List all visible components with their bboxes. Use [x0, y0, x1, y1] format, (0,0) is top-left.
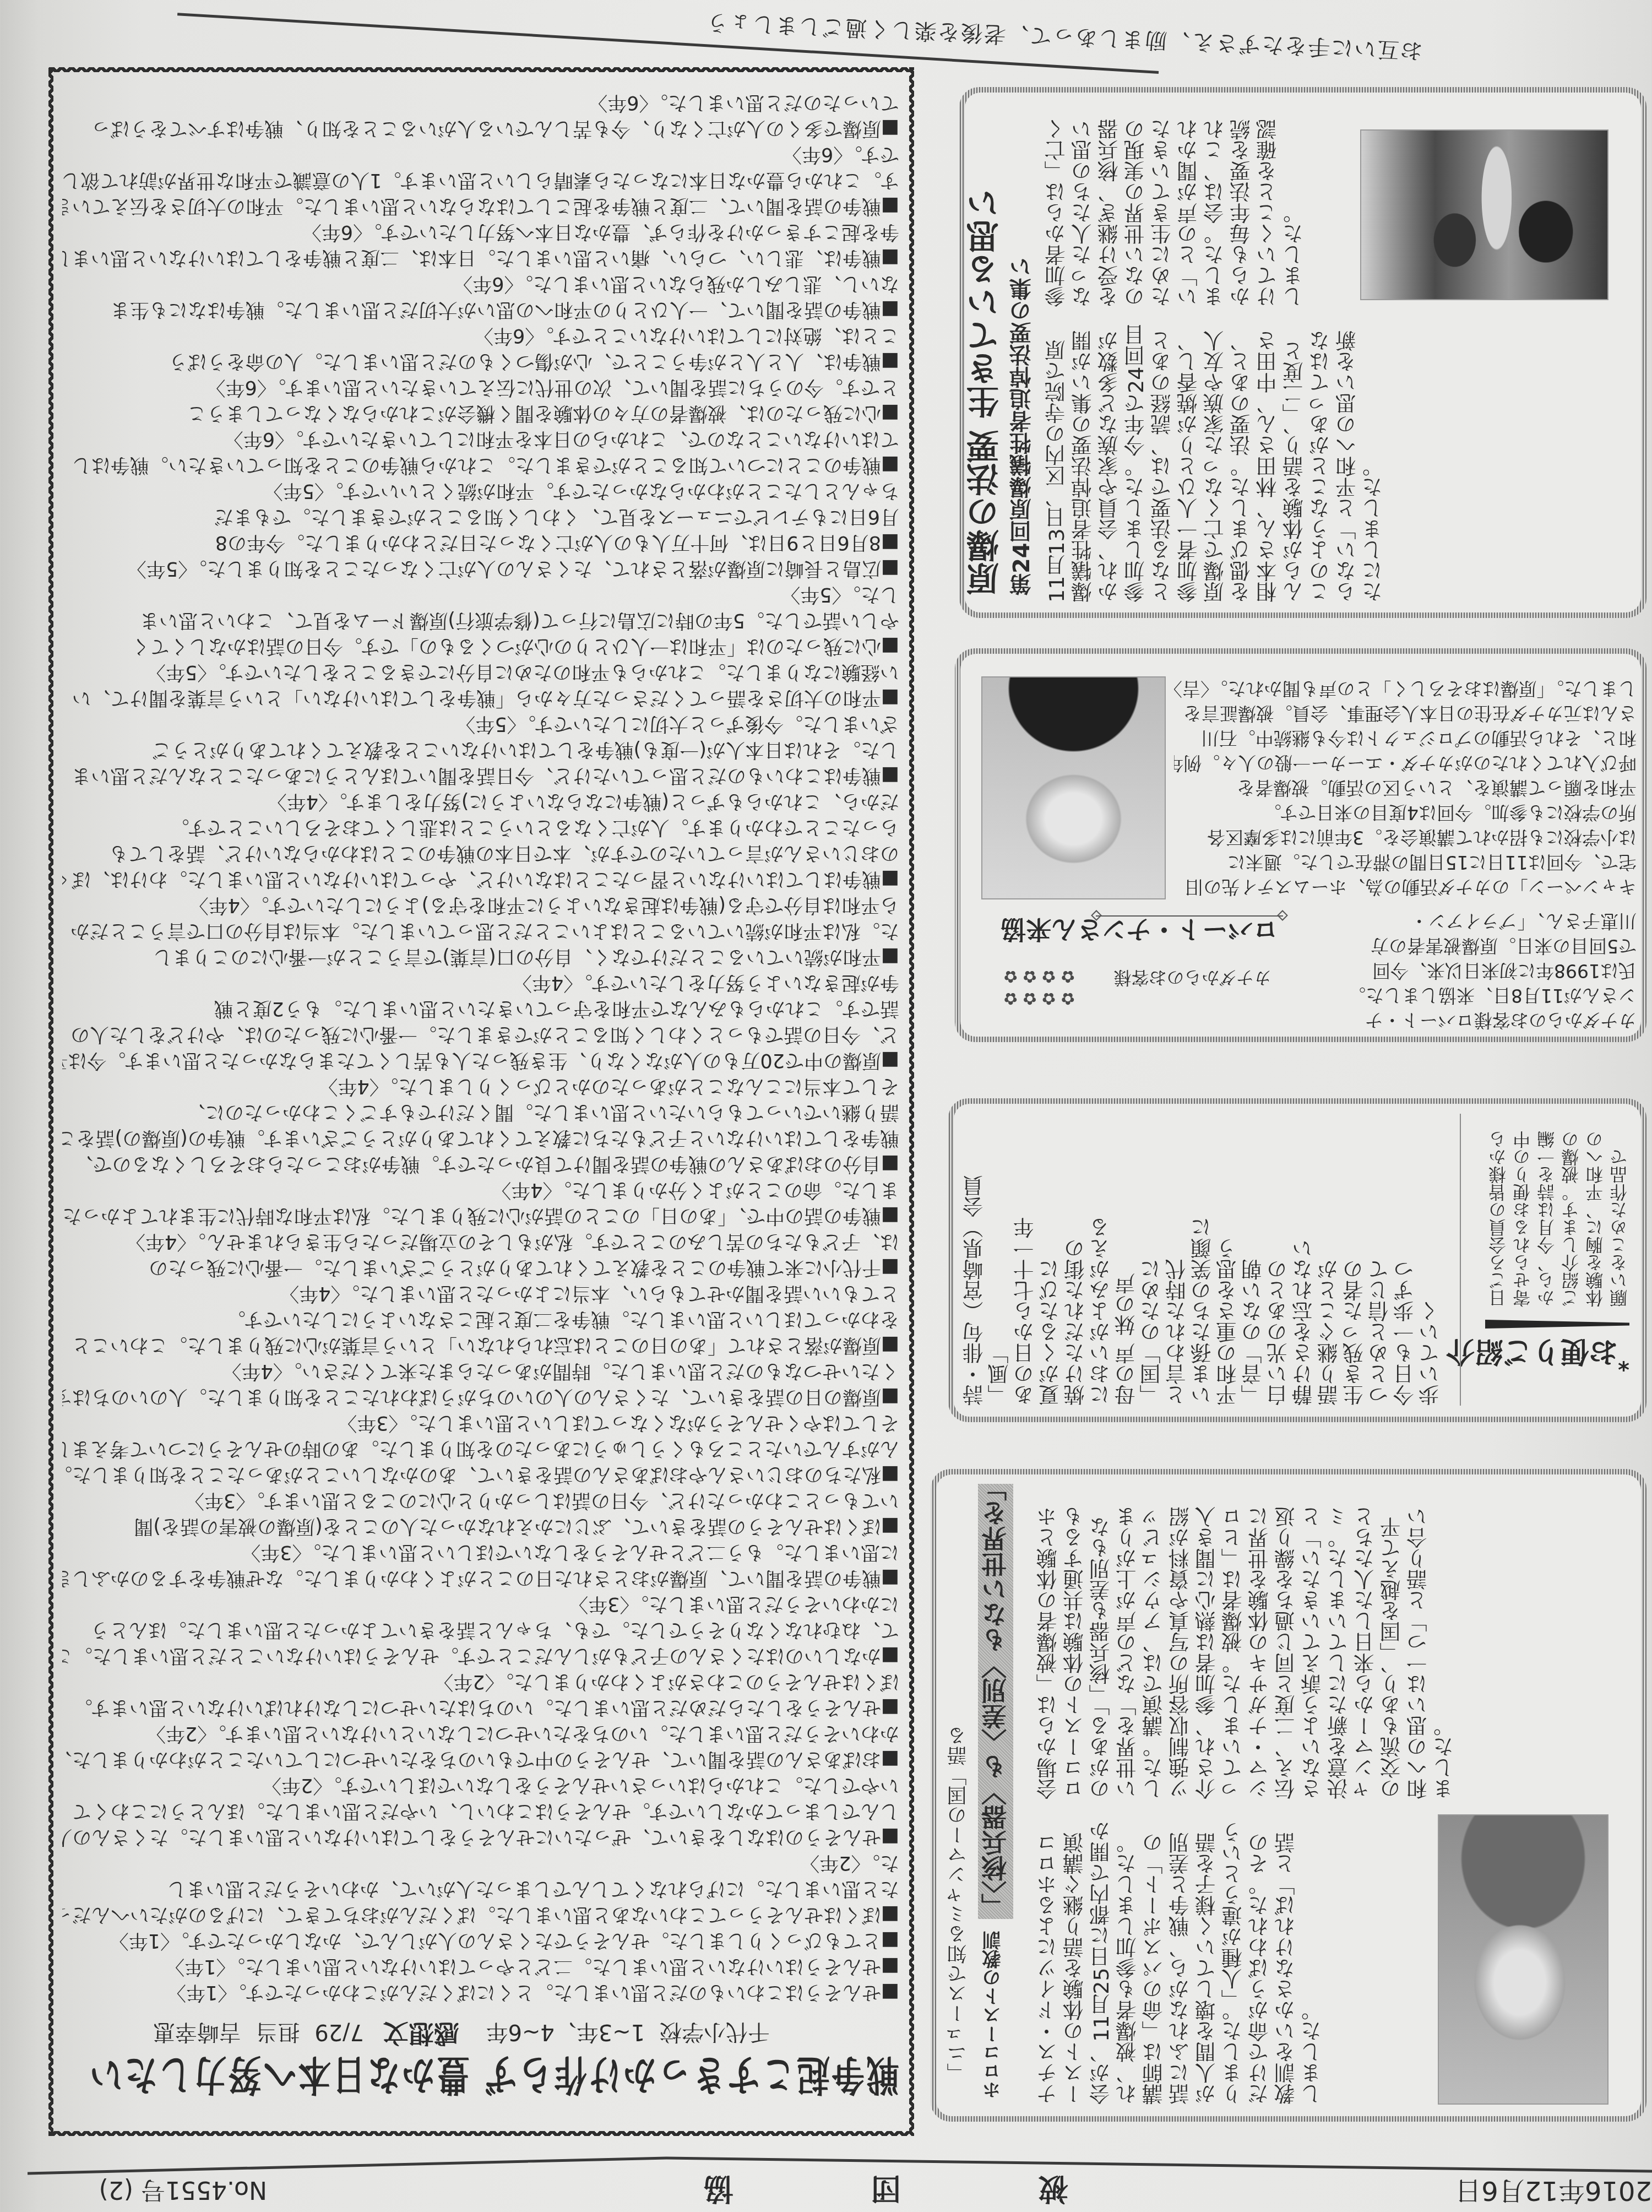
- essay-body: ■せんそうはこわいものだと思いました。とくにばくだんがこわかったです。〈1年〉■…: [62, 77, 899, 2005]
- essay-line: 話です。これからもみんなで平和を守っていきたいと思いました。もう2度と戦: [62, 995, 899, 1021]
- poem-line: 焼けただれた街の: [1063, 1110, 1089, 1406]
- newspaper-page: 2016年12月6日 被団協 No.4551号 (2) 戦争起こすきっかけ作らず…: [0, 0, 1652, 2203]
- essay-line: ■心に残ったのは、被爆者の方々の体験を聞く機会がこれからなくなってしまうこ: [62, 400, 899, 426]
- body-line: さんは元カナダ在住の日本人会理事、会員。被爆証言を: [1174, 701, 1637, 726]
- essay-line: ■おばあさんの話を聞いて、せんそうの中でもいのちをたいせつにしていたことがわかり…: [62, 1746, 899, 1772]
- essay-line: ■とてもびっくりしました。せんそうでたくさんの人がしんで、かなしかったです。〈1…: [62, 1927, 899, 1953]
- body-line: カナダからのお客様ロバート・ナ: [1284, 1008, 1637, 1033]
- article-title-small: 「ニュースで知るミャンマーの国」語る: [946, 1499, 971, 2083]
- flower-ornament-icon: ✿ ✿ ✿ ✿ ✿ ✿ ✿ ✿: [987, 965, 1075, 1009]
- essay-line: ■広島と長崎に原爆が落とされて、たくさんの人が亡くなったことを知りました。〈5年…: [62, 555, 899, 581]
- essay-line: です。〈6年〉: [62, 141, 899, 167]
- essay-line: ■かなしいのはたくさんの子どもがしんだことです。せんそうはいけないことだと思いま…: [62, 1642, 899, 1668]
- essay-line: かわいそうだと思いました。いのちをたいせつにしないといけないと思います。〈2年〉: [62, 1720, 899, 1746]
- essay-line: んがすんでいたところもくうしゅうにあったのを知りました。あの時のせんそうについて…: [62, 1435, 899, 1461]
- reporter-name: 吉崎幸恵: [153, 2019, 241, 2045]
- essay-line: とです。今のうちに話を聞いて、次の世代に伝えていきたいと思います。〈6年〉: [62, 374, 899, 400]
- essay-line: 争が起きないよう努力をしたいです。〈4年〉: [62, 969, 899, 995]
- poem-line: 詩・俳句（宮崎県）会員: [962, 1110, 987, 1406]
- essay-article: 戦争起こすきっかけ作らず 豊かな日本へ努力したい 千代小学校 1~3年、4~6年…: [48, 67, 914, 2136]
- body-line: 平和を願って講演を、という区の活動。被爆者を: [1174, 776, 1637, 800]
- essay-line: ■せんそうをしたらだめだと思いました。いのちはたいせつにしなければいけないと思い…: [62, 1694, 899, 1720]
- asterisk-icon: *: [1618, 1349, 1629, 1375]
- poem-line: 「風」: [987, 1110, 1013, 1406]
- essay-line: ■原爆で多くの人が亡くなり、今も苦しんでいる人がいることを知り、戦争はすべてをう…: [62, 115, 899, 141]
- essay-line: ■原爆が落とされて「あの日のことは忘れられない」という言葉が心に残りました。こわ…: [62, 1332, 899, 1358]
- section-title: *お便りご紹介: [1470, 1333, 1629, 1375]
- essay-line: ざいました。今後ずっと大切にしたいです。〈5年〉: [62, 711, 899, 736]
- speaker-photo: [1438, 1814, 1608, 2105]
- essay-line: ■せんそうのはなしをきいて、ぜったいにせんそうをしてはいけないと思いました。たく…: [62, 1824, 899, 1850]
- article-headline: ロバート・ナンさん来協: [1001, 913, 1278, 950]
- poem-line: あの日から七十一年: [1013, 1110, 1038, 1406]
- poem-body: 詩・俳句（宮崎県）会員「風」あの日から七十一年夏がくるたびに焼けただれた街のにお…: [962, 1110, 1447, 1406]
- body-line: 氏は1998年に初来日以来、今回: [1284, 958, 1637, 983]
- article-headline: 「〈核兵器〉も〈差別〉もない世界を」: [978, 1484, 1013, 1919]
- essay-line: ■戦争の話を聞いて、原爆がおとされた日のことがよくわかりました。なぜ戦争をするの…: [62, 1565, 899, 1591]
- essay-line: ど、今日の話でもっとくわしく知ることができました。一番心に残ったのは、やけどをし…: [62, 1021, 899, 1047]
- body-line: 呼び入れてくれたのがカナダ・エーカー一般の人々。例年、平: [1174, 751, 1637, 776]
- essay-line: のおじいさんが言っていたのですが、本で日本の戦争のことはわからないけど、話をして…: [62, 840, 899, 866]
- wavy-border-left: [909, 67, 914, 2136]
- poem-line: 夏がくるたびに: [1038, 1110, 1063, 1406]
- essay-line: ら平和は自分で守る(戦争は起きないように平和を守る)ようにしたいです。〈4年〉: [62, 892, 899, 918]
- school-name: 千代小学校: [660, 2019, 770, 2045]
- body-line: は小学校にも招かれて講演会を。3年前には多摩区各: [1174, 825, 1637, 850]
- body-line: 宅で、今回は11日に15日間の滞在でした。週末に: [1174, 850, 1637, 875]
- essay-line: た。〈2年〉: [62, 1850, 899, 1875]
- body-line: ンさんが11月8日、来協しました。: [1284, 983, 1637, 1008]
- essay-line: くたいせつなものだと思いました。時間があったらまた来てください。〈4年〉: [62, 1358, 899, 1384]
- visitor-body-lower: キャンペーン」のカナダ活動の為、ホームステイ先の旧宅で、今回は11日に15日間の…: [1174, 674, 1637, 899]
- essay-line: ■私たちのおじいさんやおばあさんの話をきいて、あのかなしいことがあったことを知り…: [62, 1461, 899, 1487]
- letters-intro: 日ごろ会員の皆様から寄せられるお便りの中から、今月は詩を一編ご紹介します。被爆の…: [1486, 1118, 1632, 1307]
- essay-line: ちゃんとしたことがわからなかったです。平和が続くといいです。〈5年〉: [62, 478, 899, 503]
- essay-line: 争を起こすきっかけを作らず、豊かな日本へ努力したいです。〈6年〉: [62, 219, 899, 245]
- visitor-body-upper: カナダからのお客様ロバート・ナンさんが11月8日、来協しました。氏は1998年に…: [1284, 906, 1637, 1033]
- essay-line: にかわいそうだと思いました。〈3年〉: [62, 1591, 899, 1617]
- reporter-role: 担当: [256, 2019, 300, 2045]
- essay-byline: 千代小学校 1~3年、4~6年 感想文 7/29 担当 吉崎幸恵: [59, 2017, 770, 2053]
- essay-line: て、ねむれなくなりそうでした。でも、ちゃんと話をきいてよかったと思いました。ほん…: [62, 1617, 899, 1642]
- essay-line: ぼくはせんそうのこわさがよくわかりました。〈2年〉: [62, 1668, 899, 1694]
- poem-line: つとめと信じて: [1367, 1110, 1393, 1406]
- essay-line: ■平和が続いていることだけでなく、自分の口(言葉)で言うことが一番心にのこりまし: [62, 944, 899, 969]
- memorial-service-article: 原爆の法要 生きている思い 第24回原爆犠牲者追悼法要の集い 11月13日、区内…: [959, 87, 1646, 618]
- essay-line: いてもっとこわかったけど、今日の話はしっかりと心にのこると思います。〈3年〉: [62, 1487, 899, 1513]
- wavy-border-top: [48, 2131, 914, 2136]
- masthead-rule: [22, 2148, 1652, 2181]
- article-body-upper: 11月13日、区内の寺院で原爆犠牲者追悼法要の集いが開かれ、会員や家族など多数が…: [1044, 322, 1629, 603]
- body-line: 川恵子さん、「ブライアン・: [1284, 909, 1637, 934]
- essay-line: ■原爆の中で20万もの人がなくなり、生き残った人も苦しくてたまらなかったと思いま…: [62, 1047, 899, 1073]
- poem-line: においがよみがえる: [1089, 1110, 1114, 1406]
- poem-line: 語り継ぐことが: [1317, 1110, 1342, 1406]
- grades: 1~3年、4~6年: [486, 2019, 645, 2045]
- essay-line: ■せんそうはいけないと思いました。二どとやってはいけないと思いました。〈1年〉: [62, 1953, 899, 1979]
- essay-headline: 戦争起こすきっかけ作らず 豊かな日本へ努力したい: [62, 2048, 899, 2108]
- essay-line: ■ぼくはせんそうの話をきいて、ぶじにかえれなかった人のことを(原爆の被害の話を)…: [62, 1513, 899, 1539]
- essay-line: に思いました。もう二どとせんそうをしないでほしいと思いました。〈3年〉: [62, 1539, 899, 1565]
- essay-line: す。これから豊かな日本になったら素晴らしいと思います。1人の意識で平和な世界が訪…: [62, 167, 899, 193]
- essay-line: らったことでわかります。人が亡くなるということは悲しくておそろしいことです。: [62, 814, 899, 840]
- essay-line: ました。命のことがよく分かりました。〈4年〉: [62, 1177, 899, 1202]
- essay-line: ことは、絶対にしてはいけないことです。〈6年〉: [62, 322, 899, 348]
- essay-line: ■戦争の話の中で、「あの日」のことの話が心に残りました。私は平和な時代に生まれて…: [62, 1202, 899, 1228]
- essay-line: とてもいい話を聞かせてもらい、本当によかったと思いました。〈4年〉: [62, 1280, 899, 1306]
- column-divider: [1460, 1114, 1461, 1406]
- essay-line: ていったのだと思いました。〈6年〉: [62, 89, 899, 115]
- essay-line: ■千代小に来て戦争のことを教えてくれてありがとうございました。一番心に残ったの: [62, 1254, 899, 1280]
- holocaust-lecture-article: 「ニュースで知るミャンマーの国」語る ホロコーストの教訓 「〈核兵器〉も〈差別〉…: [931, 1469, 1646, 2122]
- article-body-lower: 会場からは「被爆者の体験とホロコーストの体験は共通するものがある」「核兵器も差別…: [1035, 1497, 1629, 1799]
- event-date: 7/29: [314, 2019, 364, 2045]
- essay-line: ■戦争の話を聞いて、一人ひとりの平和への思いが大切だと思いました。戦争はなにも生…: [62, 296, 899, 322]
- essay-line: ■戦争はこわいものだと思っていたけど、今日話を聞いてほんとうにあったことなんだと…: [62, 762, 899, 788]
- essay-line: い経験になりました。これからも平和のために自分にできることをしたいです。〈5年〉: [62, 659, 899, 685]
- ornament-line: [1096, 915, 1283, 917]
- essay-line: しんでしまってかなしいです。せんそうはこわいし、いやだと思いました。ほんとうにこ…: [62, 1798, 899, 1824]
- essay-line: は、子どもたちの苦しみのことです。私がもしその立場だったら生きられません。〈4年…: [62, 1228, 899, 1254]
- essay-line: ■平和の大切さを語ってくださった方々から「戦争をしてはいけない」という言葉を聞け…: [62, 685, 899, 711]
- essay-line: ■戦争は、人と人とが争うことで、心が傷つくものだと思いました。人の命をうばう: [62, 348, 899, 374]
- essay-line: た。私は平和が続いていることはよいことだと思っていました。本当は自分の口で言うこ…: [62, 918, 899, 944]
- essay-line: ■ぼくはせんそうってこわいなあと思いました。ばくだんがおちてきて、にげるのがたい…: [62, 1901, 899, 1927]
- essay-line: 戦争をしてはいけないと子どもたちに教えてくれてありがとうございます。戦争の(原爆…: [62, 1125, 899, 1151]
- poem-line: 「国」のために: [1139, 1110, 1165, 1406]
- essay-line: たと思いました。にげられなくてしんでしまった人がいて、かわいそうだと思いまし: [62, 1875, 899, 1901]
- wavy-border-bottom: [48, 67, 914, 72]
- essay-line: 月6日にもテレビでニュースを見て、くわしく知ることができました。でもまだ: [62, 503, 899, 529]
- poem-line: 静けさを忘れない: [1291, 1110, 1317, 1406]
- essay-line: やしい話でした。5年の時に広島に行って(修学旅行)原爆ドームを見て、こわいと思い…: [62, 607, 899, 633]
- article-subhead: 第24回原爆犠牲者追悼法要の集い: [1008, 104, 1036, 595]
- essay-line: ないし、悲しみしか残らないと思いました。〈6年〉: [62, 270, 899, 296]
- letters-article: *お便りご紹介 日ごろ会員の皆様から寄せられるお便りの中から、今月は詩を一編ご紹…: [948, 1098, 1646, 1422]
- essay-line: そしてはやくせんそうがなくなってほしいと思いました。〈3年〉: [62, 1409, 899, 1435]
- body-line: キャンペーン」のカナダ活動の為、ホームステイ先の旧: [1174, 875, 1637, 899]
- essay-line: した。それは日本人が(一度も)戦争をしてはいけないことを教えてくれてありがとうご: [62, 736, 899, 762]
- body-line: 和と、それら活動のプロジェクトは今も継続中。石川: [1174, 726, 1637, 751]
- body-line: しました。「原爆はおそろしく」との声も聞かれた。〈吉〉: [1174, 676, 1637, 701]
- visitor-article: カナダからのお客様ロバート・ナンさんが11月8日、来協しました。氏は1998年に…: [955, 648, 1646, 1042]
- article-kicker: カナダからのお客様: [1114, 966, 1271, 991]
- body-line: で5回目の来日。原爆被害者の方: [1284, 934, 1637, 958]
- essay-line: ■戦争はしてはいけないと習ったことはないけど、やってはいけないと思いました。わけ…: [62, 866, 899, 892]
- essay-line: ■心に残ったのは「平和は一人ひとりの心がつくるもの」です。今日の話はかなしくてく: [62, 633, 899, 659]
- article-body-lower: 参加者からは「亡くなった人たちの思いを受け継ぎ、核兵器のない世界の実現のために生…: [1044, 104, 1349, 307]
- poem-line: 生き残った者の: [1342, 1110, 1367, 1406]
- poem-line: 歩いていく: [1418, 1110, 1443, 1406]
- poem-line: 白い光のあとの: [1266, 1110, 1291, 1406]
- essay-line: 語り継いでいってもらいたいと思いました。聞くだけでもすごくこわかったのに、: [62, 1099, 899, 1125]
- section-title-text: お便りご紹介: [1446, 1335, 1618, 1368]
- article-headline: 原爆の法要 生きている思い: [967, 122, 1003, 595]
- memorial-photo: [1360, 129, 1608, 300]
- essay-line: ■原爆の日の話をきいて、たくさんの人のいのちがうばわれたことを知りました。人のい…: [62, 1384, 899, 1409]
- essay-line: ■せんそうはこわいものだと思いました。とくにばくだんがこわかったです。〈1年〉: [62, 1979, 899, 2005]
- body-line: 所の学校にも参加。今回は4度目の来日です。: [1174, 800, 1637, 825]
- poem-line: 「音」のない朝: [1241, 1110, 1266, 1406]
- essay-line: ■戦争は、悲しい、つらい、痛いと思いました。日本は、二度と戦争をしてはいけないと…: [62, 245, 899, 270]
- essay-line: ■戦争のことについて知ることができました。これから戦争のことを知っていきたい。戦…: [62, 452, 899, 478]
- poem-line: 今日も一歩ずつ: [1393, 1110, 1418, 1406]
- visitor-portrait-photo: [981, 676, 1166, 899]
- essay-line: をわかってほしいと思いました。戦争を二度と起こさないようにしたいです。: [62, 1306, 899, 1332]
- essay-line: ■戦争の話を聞いて、二度と戦争を起こしてはならないと思いました。平和の大切さを伝…: [62, 193, 899, 219]
- essay-line: てはいけないことなので、これからの日本を平和にしていきたいです。〈6年〉: [62, 426, 899, 452]
- essay-line: だから、これからもずっと(戦争にならないように)努力をします。〈4年〉: [62, 788, 899, 814]
- essay-line: いやでした。これからはいっさいせんそうをしないでほしいです。〈2年〉: [62, 1772, 899, 1798]
- wavy-border-right: [48, 67, 53, 2136]
- poem-line: 平和の重さを思う: [1215, 1110, 1241, 1406]
- poem-line: と言われた時代: [1165, 1110, 1190, 1406]
- article-type-label: 感想文: [383, 2019, 459, 2048]
- poem-line: 母の声 妹の声: [1114, 1110, 1139, 1406]
- essay-line: ■8月6日と9日は、何十万人もの人が亡くなった日だとわかりました。今年の8: [62, 529, 899, 555]
- poem-line: いま孫たちの笑顔に: [1190, 1110, 1215, 1406]
- essay-line: した。〈5年〉: [62, 581, 899, 607]
- essay-line: そして本当にこんなことがあったのかとびっくりしました。〈4年〉: [62, 1073, 899, 1099]
- essay-line: ■自分のおばあさんの戦争の話を聞けて良かったです。戦争がおこったらおそろしくなる…: [62, 1151, 899, 1177]
- article-body-upper: ナチス・ドイツによるホロコーストの体験を語り継ぐ講演会が、11月25日に都内で開…: [1035, 1821, 1426, 2105]
- article-kicker: ホロコーストの教訓: [978, 1923, 1009, 2100]
